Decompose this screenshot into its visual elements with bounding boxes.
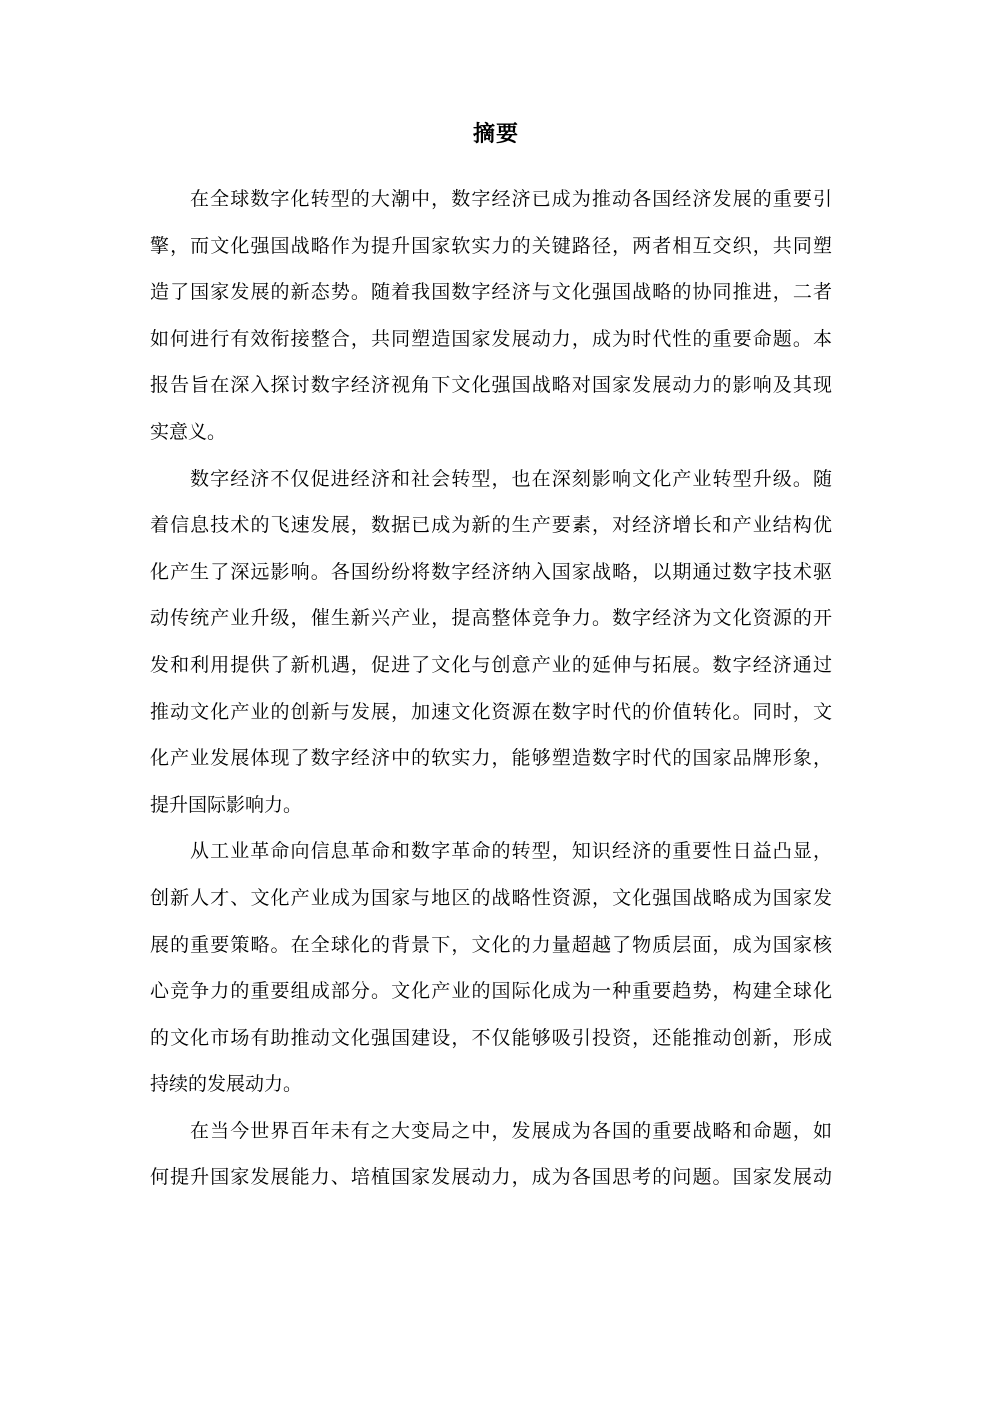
text-line: 擎，而文化强国战略作为提升国家软实力的关键路径，两者相互交织，共同塑 [150, 230, 832, 277]
text-line: 从工业革命向信息革命和数字革命的转型，知识经济的重要性日益凸显， [150, 835, 832, 882]
paragraph-1: 在全球数字化转型的大潮中，数字经济已成为推动各国经济发展的重要引 擎，而文化强国… [150, 183, 832, 463]
paragraph-3: 从工业革命向信息革命和数字革命的转型，知识经济的重要性日益凸显， 创新人才、文化… [150, 835, 832, 1115]
text-line: 创新人才、文化产业成为国家与地区的战略性资源，文化强国战略成为国家发 [150, 882, 832, 929]
text-line: 推动文化产业的创新与发展，加速文化资源在数字时代的价值转化。同时，文 [150, 696, 832, 743]
page-title: 摘要 [0, 120, 992, 150]
text-line: 提升国际影响力。 [150, 789, 832, 836]
paragraph-2: 数字经济不仅促进经济和社会转型，也在深刻影响文化产业转型升级。随 着信息技术的飞… [150, 463, 832, 836]
text-line: 在当今世界百年未有之大变局之中，发展成为各国的重要战略和命题，如 [150, 1115, 832, 1162]
text-line: 造了国家发展的新态势。随着我国数字经济与文化强国战略的协同推进，二者 [150, 276, 832, 323]
text-line: 持续的发展动力。 [150, 1068, 832, 1115]
text-line: 在全球数字化转型的大潮中，数字经济已成为推动各国经济发展的重要引 [150, 183, 832, 230]
text-line: 实意义。 [150, 416, 832, 463]
document-page: 摘要 在全球数字化转型的大潮中，数字经济已成为推动各国经济发展的重要引 擎，而文… [0, 0, 992, 1403]
text-line: 的文化市场有助推动文化强国建设，不仅能够吸引投资，还能推动创新，形成 [150, 1022, 832, 1069]
text-line: 着信息技术的飞速发展，数据已成为新的生产要素，对经济增长和产业结构优 [150, 509, 832, 556]
text-line: 如何进行有效衔接整合，共同塑造国家发展动力，成为时代性的重要命题。本 [150, 323, 832, 370]
text-line: 发和利用提供了新机遇，促进了文化与创意产业的延伸与拓展。数字经济通过 [150, 649, 832, 696]
text-line: 报告旨在深入探讨数字经济视角下文化强国战略对国家发展动力的影响及其现 [150, 369, 832, 416]
paragraph-4: 在当今世界百年未有之大变局之中，发展成为各国的重要战略和命题，如 何提升国家发展… [150, 1115, 832, 1208]
text-line: 化产生了深远影响。各国纷纷将数字经济纳入国家战略，以期通过数字技术驱 [150, 556, 832, 603]
text-line: 化产业发展体现了数字经济中的软实力，能够塑造数字时代的国家品牌形象， [150, 742, 832, 789]
abstract-body: 在全球数字化转型的大潮中，数字经济已成为推动各国经济发展的重要引 擎，而文化强国… [150, 183, 832, 1208]
text-line: 何提升国家发展能力、培植国家发展动力，成为各国思考的问题。国家发展动 [150, 1161, 832, 1208]
text-line: 展的重要策略。在全球化的背景下，文化的力量超越了物质层面，成为国家核 [150, 929, 832, 976]
text-line: 数字经济不仅促进经济和社会转型，也在深刻影响文化产业转型升级。随 [150, 463, 832, 510]
text-line: 动传统产业升级，催生新兴产业，提高整体竞争力。数字经济为文化资源的开 [150, 602, 832, 649]
text-line: 心竞争力的重要组成部分。文化产业的国际化成为一种重要趋势，构建全球化 [150, 975, 832, 1022]
